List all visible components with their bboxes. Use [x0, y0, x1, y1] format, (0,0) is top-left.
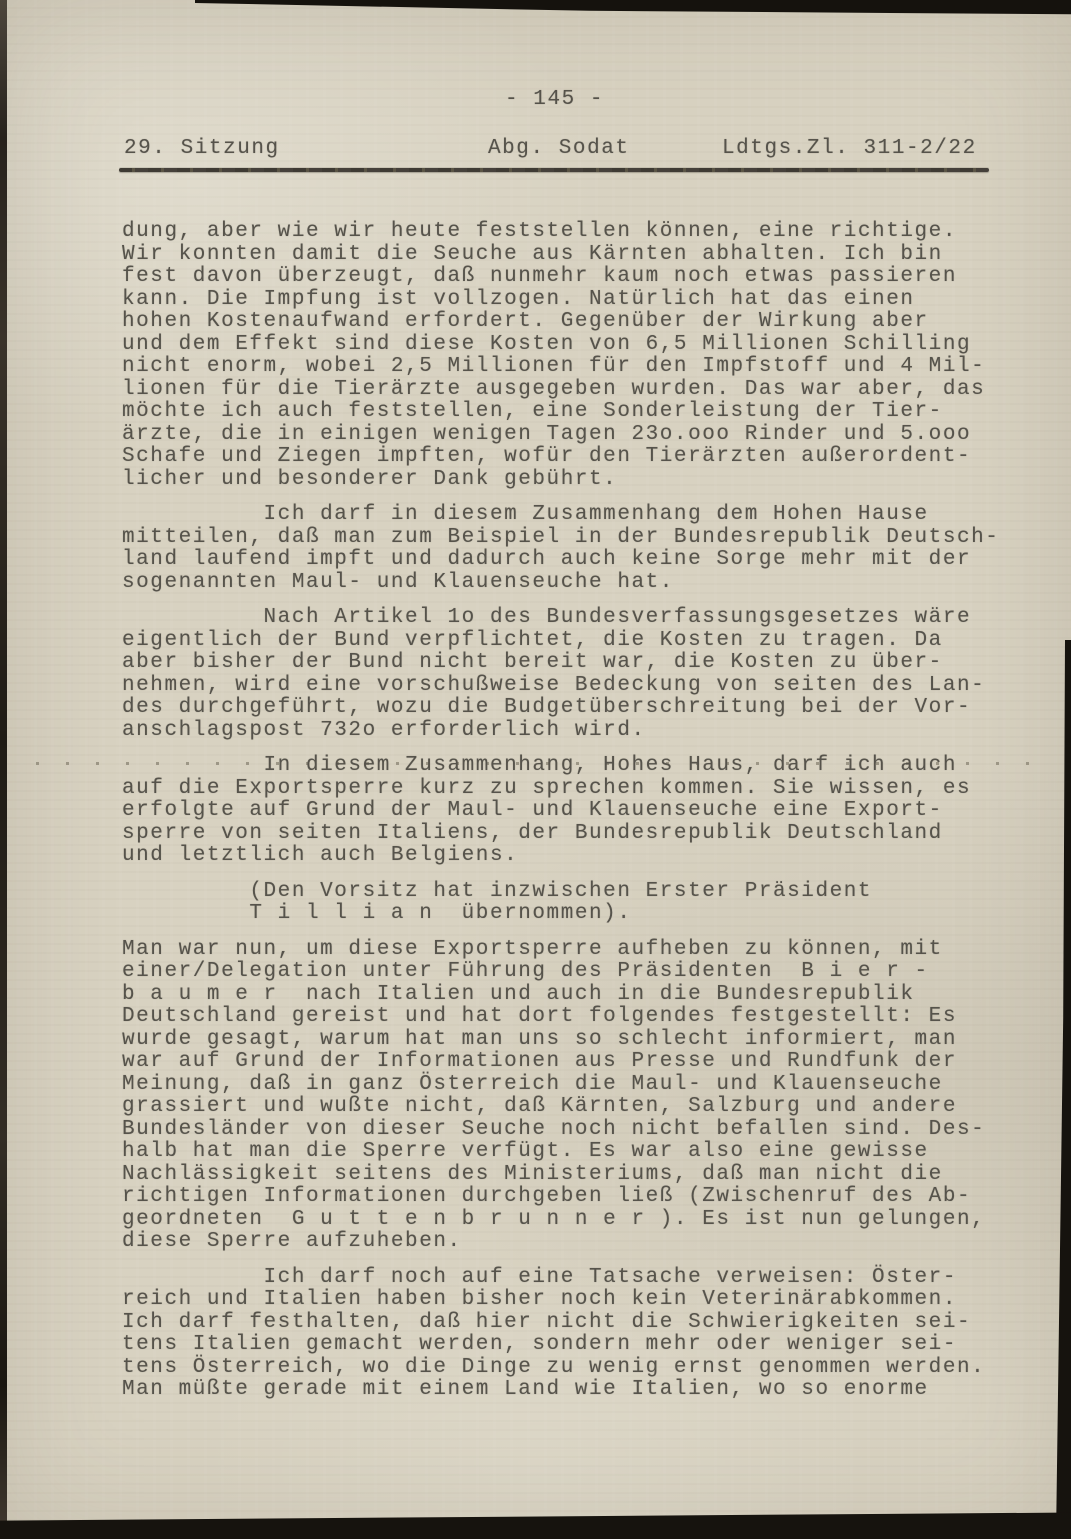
- paragraph-chair-change-note: (Den Vorsitz hat inzwischen Erster Präsi…: [122, 881, 1027, 926]
- paragraph: Ich darf in diesem Zusammenhang dem Hohe…: [122, 504, 1027, 594]
- paragraph: In diesem Zusammenhang, Hohes Haus, darf…: [122, 755, 1027, 868]
- header-rule: [119, 168, 989, 172]
- scan-edge-top: [195, 0, 1071, 15]
- scanned-document-page: - 145 - 29. Sitzung Abg. Sodat Ldtgs.Zl.…: [0, 0, 1071, 1539]
- paragraph-continuation: dung, aber wie wir heute feststellen kön…: [122, 221, 1027, 491]
- session-label: 29. Sitzung: [124, 137, 280, 160]
- document-body: dung, aber wie wir heute feststellen kön…: [122, 221, 1027, 1415]
- speaker-label: Abg. Sodat: [488, 137, 630, 160]
- scan-edge-left: [0, 0, 7, 1539]
- paragraph: Nach Artikel 1o des Bundesverfassungsges…: [122, 607, 1027, 742]
- paragraph: Ich darf noch auf eine Tatsache verweise…: [122, 1267, 1027, 1402]
- paragraph: Man war nun, um diese Exportsperre aufhe…: [122, 939, 1027, 1254]
- page-number: - 145 -: [505, 88, 604, 111]
- document-reference: Ldtgs.Zl. 311-2/22: [722, 137, 977, 160]
- scan-edge-right: [1056, 640, 1071, 1539]
- scan-edge-bottom: [0, 1512, 1071, 1539]
